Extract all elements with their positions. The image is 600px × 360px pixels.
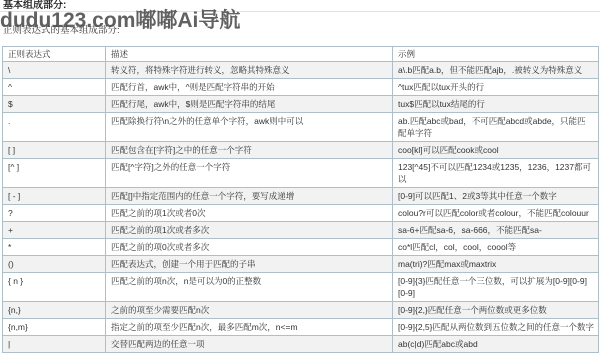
example-cell: [0-9]{3}匹配任意一个三位数，可以扩展为[0-9][0-9][0-9] [393, 273, 599, 302]
pattern-cell: { n } [3, 273, 106, 302]
example-cell: ma(tri)?匹配max或maxtrix [393, 256, 599, 273]
pattern-cell: {n,} [3, 302, 106, 319]
pattern-cell: [ ] [3, 142, 106, 159]
pattern-cell: $ [3, 96, 106, 113]
col-header-example: 示例 [393, 47, 599, 62]
pattern-cell: [^ ] [3, 159, 106, 188]
example-cell: sa-6+匹配sa-6，sa-666，不能匹配sa- [393, 222, 599, 239]
table-row: ^匹配行首，awk中，^则是匹配字符串的开始^tux匹配以tux开头的行 [3, 79, 599, 96]
description-cell: 匹配之前的项0次或者多次 [106, 239, 393, 256]
pattern-cell: [ - ] [3, 188, 106, 205]
example-cell: ab.匹配abc或bad，不可匹配abcd或abde，只能匹配单字符 [393, 113, 599, 142]
description-cell: 匹配包含在[字符]之中的任意一个字符 [106, 142, 393, 159]
example-cell: tux$匹配以tux结尾的行 [393, 96, 599, 113]
pattern-cell: * [3, 239, 106, 256]
table-row: {n,m}指定之前的项至少匹配n次，最多匹配m次，n<=m[0-9]{2,5}匹… [3, 319, 599, 336]
table-row: *匹配之前的项0次或者多次co*l匹配cl，col，cool，coool等 [3, 239, 599, 256]
pattern-cell: ^ [3, 79, 106, 96]
pattern-cell: | [3, 336, 106, 353]
pattern-cell: {n,m} [3, 319, 106, 336]
description-cell: 交替匹配两边的任意一项 [106, 336, 393, 353]
col-header-pattern: 正则表达式 [3, 47, 106, 62]
description-cell: 匹配表达式，创建一个用于匹配的子串 [106, 256, 393, 273]
pattern-cell: + [3, 222, 106, 239]
table-row: |交替匹配两边的任意一项ab(c|d)匹配abc或abd [3, 336, 599, 353]
description-cell: 匹配[]中指定范围内的任意一个字符，要写成递增 [106, 188, 393, 205]
pattern-cell: () [3, 256, 106, 273]
description-cell: 匹配之前的项1次或者0次 [106, 205, 393, 222]
table-body: \转义符，将特殊字符进行转义，忽略其特殊意义a\.b匹配a.b，但不能匹配ajb… [3, 62, 599, 353]
pattern-cell: \ [3, 62, 106, 79]
table-row: [^ ]匹配[^字符]之外的任意一个字符123[^45]不可以匹配1234或12… [3, 159, 599, 188]
example-cell: [0-9]{2,}匹配任意一个两位数或更多位数 [393, 302, 599, 319]
table-row: \转义符，将特殊字符进行转义，忽略其特殊意义a\.b匹配a.b，但不能匹配ajb… [3, 62, 599, 79]
description-cell: 匹配行尾，awk中，$则是匹配字符串的结尾 [106, 96, 393, 113]
pattern-cell: . [3, 113, 106, 142]
regex-table: 正则表达式 描述 示例 \转义符，将特殊字符进行转义，忽略其特殊意义a\.b匹配… [2, 46, 599, 353]
example-cell: [0-9]可以匹配1、2或3等其中任意一个数字 [393, 188, 599, 205]
watermark-text: dudu123.com嘟嘟Ai导航 [0, 8, 240, 34]
description-cell: 匹配行首，awk中，^则是匹配字符串的开始 [106, 79, 393, 96]
example-cell: [0-9]{2,5}匹配从两位数到五位数之间的任意一个数字 [393, 319, 599, 336]
table-row: [ - ]匹配[]中指定范围内的任意一个字符，要写成递增[0-9]可以匹配1、2… [3, 188, 599, 205]
table-row: { n }匹配之前的项n次，n是可以为0的正整数[0-9]{3}匹配任意一个三位… [3, 273, 599, 302]
table-row: .匹配除换行符\n之外的任意单个字符，awk则中可以ab.匹配abc或bad，不… [3, 113, 599, 142]
example-cell: ^tux匹配以tux开头的行 [393, 79, 599, 96]
example-cell: ab(c|d)匹配abc或abd [393, 336, 599, 353]
description-cell: 匹配除换行符\n之外的任意单个字符，awk则中可以 [106, 113, 393, 142]
example-cell: a\.b匹配a.b，但不能匹配ajb，.被转义为特殊意义 [393, 62, 599, 79]
table-row: $匹配行尾，awk中，$则是匹配字符串的结尾tux$匹配以tux结尾的行 [3, 96, 599, 113]
col-header-description: 描述 [106, 47, 393, 62]
table-row: [ ]匹配包含在[字符]之中的任意一个字符coo[kl]可以匹配cook或coo… [3, 142, 599, 159]
table-row: ()匹配表达式，创建一个用于匹配的子串ma(tri)?匹配max或maxtrix [3, 256, 599, 273]
description-cell: 匹配之前的项1次或者多次 [106, 222, 393, 239]
table-row: {n,}之前的项至少需要匹配n次[0-9]{2,}匹配任意一个两位数或更多位数 [3, 302, 599, 319]
description-cell: 匹配之前的项n次，n是可以为0的正整数 [106, 273, 393, 302]
example-cell: co*l匹配cl，col，cool，coool等 [393, 239, 599, 256]
description-cell: 转义符，将特殊字符进行转义，忽略其特殊意义 [106, 62, 393, 79]
table-row: +匹配之前的项1次或者多次sa-6+匹配sa-6，sa-666，不能匹配sa- [3, 222, 599, 239]
example-cell: coo[kl]可以匹配cook或cool [393, 142, 599, 159]
description-cell: 指定之前的项至少匹配n次，最多匹配m次，n<=m [106, 319, 393, 336]
description-cell: 匹配[^字符]之外的任意一个字符 [106, 159, 393, 188]
example-cell: 123[^45]不可以匹配1234或1235，1236，1237都可以 [393, 159, 599, 188]
example-cell: colou?r可以匹配color或者colour，不能匹配colouur [393, 205, 599, 222]
pattern-cell: ? [3, 205, 106, 222]
table-header-row: 正则表达式 描述 示例 [3, 47, 599, 62]
table-row: ?匹配之前的项1次或者0次colou?r可以匹配color或者colour，不能… [3, 205, 599, 222]
description-cell: 之前的项至少需要匹配n次 [106, 302, 393, 319]
